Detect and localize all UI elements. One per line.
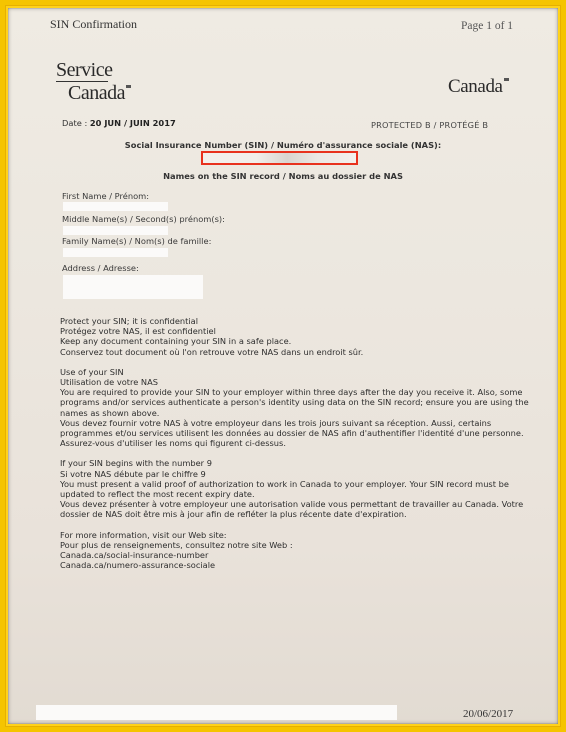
date-value: 20 JUN / JUIN 2017 <box>90 118 176 128</box>
date-label: Date : <box>62 118 90 128</box>
names-heading: Names on the SIN record / Noms au dossie… <box>8 171 558 181</box>
web-link-fr[interactable]: Canada.ca/numero-assurance-sociale <box>60 560 530 570</box>
document-title: SIN Confirmation <box>50 17 137 32</box>
sin-label: Social Insurance Number (SIN) / Numéro d… <box>8 140 558 150</box>
canada-wordmark: Canada <box>448 76 509 98</box>
printed-date: 20/06/2017 <box>463 708 513 720</box>
family-name-label: Family Name(s) / Nom(s) de famille: <box>62 236 211 246</box>
section-line: Keep any document containing your SIN in… <box>60 336 530 346</box>
flag-icon <box>126 85 131 88</box>
section-paragraph: You must present a valid proof of author… <box>60 479 530 499</box>
footer-redacted <box>36 705 397 720</box>
logo-line-canada: Canada <box>56 83 131 103</box>
section-heading: Si votre NAS débute par le chiffre 9 <box>60 469 530 479</box>
address-redacted <box>63 275 203 299</box>
date-line: Date : 20 JUN / JUIN 2017 <box>62 118 176 128</box>
page-indicator: Page 1 of 1 <box>461 20 513 32</box>
service-canada-logo: Service Canada <box>56 60 131 103</box>
logo-line-service: Service <box>56 60 131 80</box>
sin-value-redacted-highlight <box>201 151 358 165</box>
web-link-en[interactable]: Canada.ca/social-insurance-number <box>60 550 530 560</box>
section-line: Protégez votre NAS, il est confidentiel <box>60 326 530 336</box>
section-paragraph: Vous devez présenter à votre employeur u… <box>60 499 530 519</box>
section-paragraph: Vous devez fournir votre NAS à votre emp… <box>60 418 530 449</box>
flag-icon <box>504 78 509 81</box>
section-line: Conservez tout document où l'on retrouve… <box>60 347 530 357</box>
section-paragraph: You are required to provide your SIN to … <box>60 387 530 418</box>
section-heading: If your SIN begins with the number 9 <box>60 458 530 468</box>
classification-label: PROTECTED B / PROTÉGÉ B <box>371 120 488 130</box>
family-name-redacted <box>63 248 168 257</box>
section-line: For more information, visit our Web site… <box>60 530 530 540</box>
confidentiality-section: Protect your SIN; it is confidential Pro… <box>60 316 530 570</box>
first-name-label: First Name / Prénom: <box>62 191 149 201</box>
section-heading: Utilisation de votre NAS <box>60 377 530 387</box>
middle-name-redacted <box>63 226 168 235</box>
section-line: Pour plus de renseignements, consultez n… <box>60 540 530 550</box>
first-name-redacted <box>63 202 168 211</box>
logo-canada-text: Canada <box>68 82 125 104</box>
address-label: Address / Adresse: <box>62 263 139 273</box>
section-heading: Use of your SIN <box>60 367 530 377</box>
document-page: SIN Confirmation Page 1 of 1 Service Can… <box>8 8 558 724</box>
canada-wordmark-text: Canada <box>448 76 503 97</box>
middle-name-label: Middle Name(s) / Second(s) prénom(s): <box>62 214 225 224</box>
section-line: Protect your SIN; it is confidential <box>60 316 530 326</box>
